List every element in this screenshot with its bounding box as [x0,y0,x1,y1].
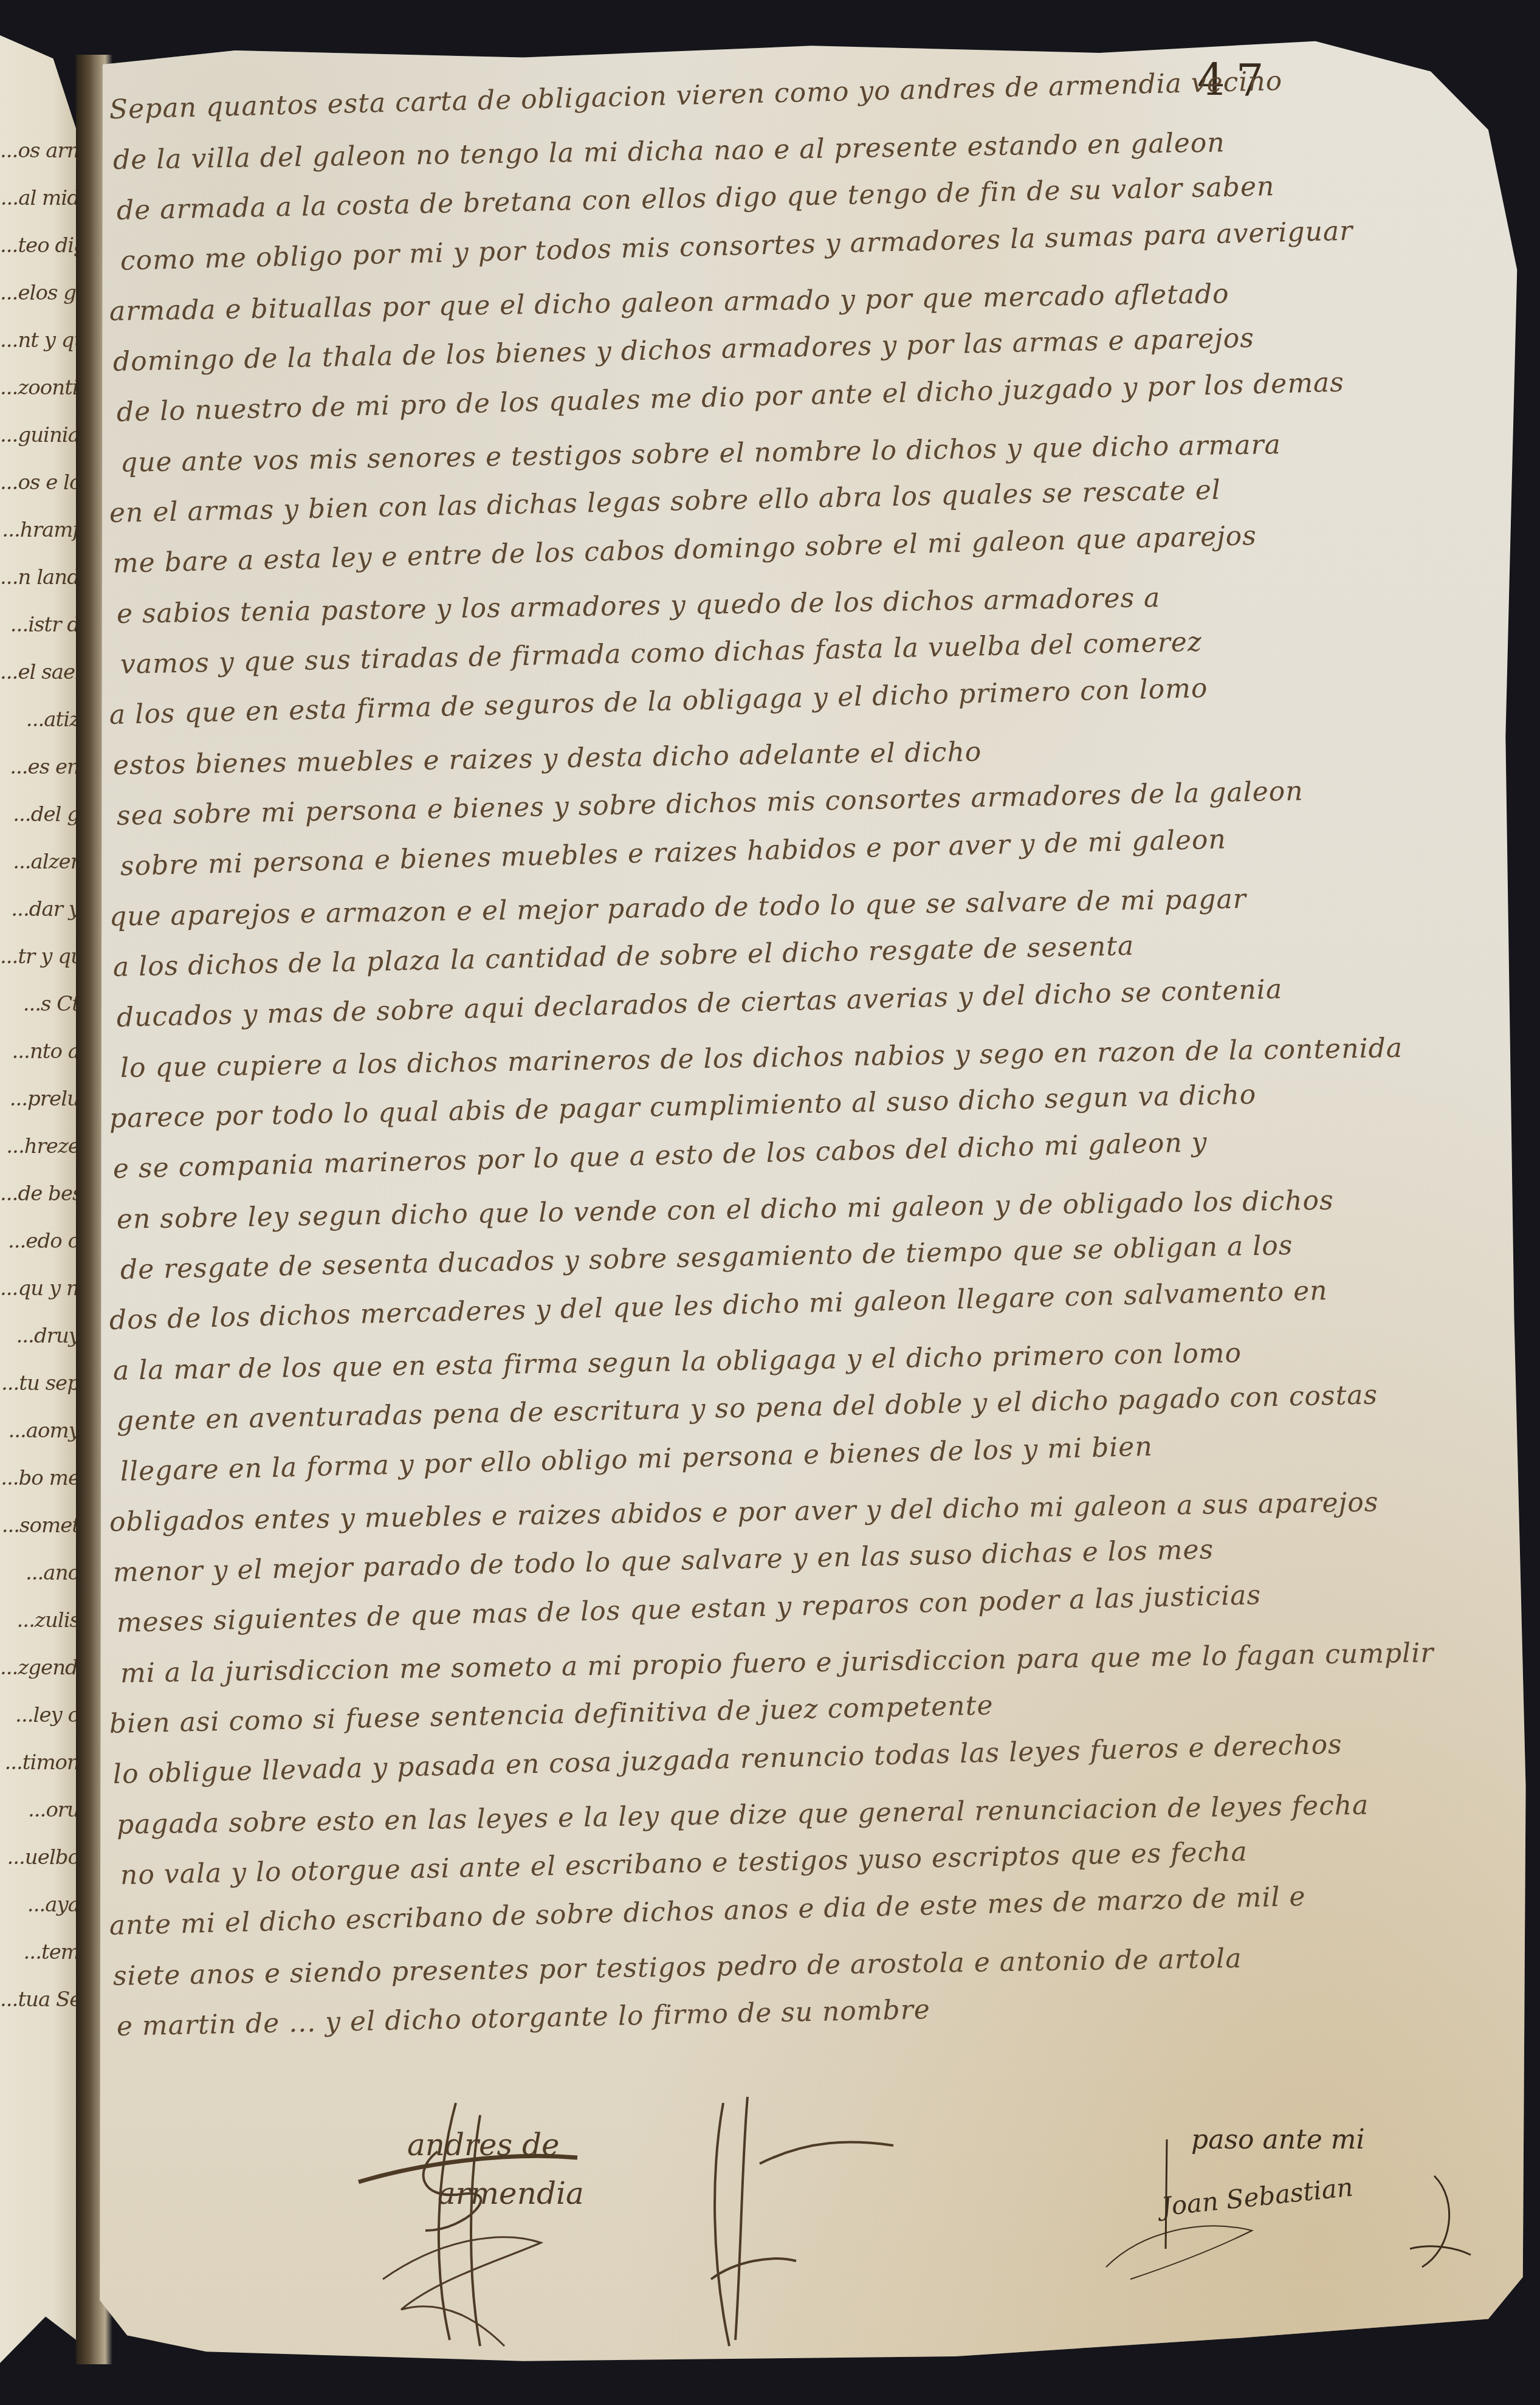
manuscript-text-line: dos de los dichos mercaderes y del que l… [109,1275,1328,1336]
manuscript-text-line: lo obligue llevada y pasada en cosa juzg… [112,1729,1342,1790]
manuscript-text-line: de resgate de sesenta ducados y sobre se… [120,1230,1293,1285]
page-text-area: 47 andres de armendia paso ante mi [91,36,1531,2370]
signature-flourish-icon [346,2079,893,2352]
previous-page-line: ...tu sep [0,1371,76,1395]
manuscript-scan: ...os armen...al mid...teo dig...elos ge… [0,0,1540,2405]
party-signature-rubric [346,2079,893,2355]
manuscript-text-line: sobre mi persona e bienes muebles e raiz… [120,824,1226,882]
manuscript-text-line: estos bienes muebles e raizes y desta di… [113,737,982,781]
previous-page-line: ...os armen [0,139,76,163]
manuscript-text-line: gente en aventuradas pena de escritura y… [116,1380,1378,1437]
manuscript-text-line: a los que en esta firma de seguros de la… [109,673,1208,731]
previous-page-line: ...druy [0,1324,76,1348]
previous-page-line: ...os e los [0,470,76,495]
manuscript-text-line: bien asi como si fuese sentencia definit… [109,1690,993,1739]
manuscript-text-line: parece por todo lo qual abis de pagar cu… [109,1079,1256,1134]
manuscript-text-line: ducados y mas de sobre aqui declarados d… [116,974,1282,1033]
previous-page-line: ...ley o [0,1703,76,1727]
previous-page-line: ...de besp [0,1182,76,1206]
previous-page-line: ...zoontin [0,376,76,400]
manuscript-text-line: me bare a esta ley e entre de los cabos … [112,520,1257,579]
previous-page-line: ...s Ct [0,992,76,1016]
manuscript-text-line: sea sobre mi persona e bienes y sobre di… [116,776,1304,831]
manuscript-text-line: pagada sobre esto en las leyes e la ley … [117,1790,1369,1840]
previous-page-line: ...qu y min [0,1276,76,1301]
manuscript-text-line: armada e bituallas por que el dicho gale… [109,278,1229,327]
manuscript-text-line: de la villa del galeon no tengo la mi di… [113,127,1225,176]
manuscript-text-line: no vala y lo otorgue asi ante el escriba… [120,1836,1248,1891]
manuscript-text-line: vamos y que sus tiradas de firmada como … [120,627,1202,680]
manuscript-text-line: menor y el mejor parado de todo lo que s… [112,1534,1214,1588]
previous-page-line: ...tem [0,1940,76,1964]
previous-page-line: ...ano [0,1561,76,1585]
previous-page-fragment: ...os armen...al mid...teo dig...elos ge… [0,35,76,2363]
previous-page-line: ...al mid [0,186,76,210]
manuscript-text-line: llegare en la forma y por ello obligo mi… [120,1431,1153,1487]
manuscript-text-line: en sobre ley segun dicho que lo vende co… [117,1185,1334,1235]
manuscript-text-line: a la mar de los que en esta firma segun … [113,1338,1242,1386]
manuscript-text-line: en el armas y bien con las dichas legas … [109,475,1221,529]
previous-page-line: ...dar y [0,897,76,921]
manuscript-text-line: que ante vos mis senores e testigos sobr… [120,429,1282,478]
previous-page-line: ...teo dig [0,233,76,258]
previous-page-line: ...oru [0,1798,76,1822]
previous-page-line: ...atiz [0,707,76,732]
previous-page-line: ...somet [0,1513,76,1538]
manuscript-text-line: lo que cupiere a los dichos marineros de… [120,1033,1403,1084]
manuscript-text-line: e se compania marineros por lo que a est… [112,1127,1208,1185]
previous-page-line: ...hreze [0,1134,76,1158]
previous-page-line: ...es en [0,755,76,779]
manuscript-text-line: obligados entes y muebles e raizes abido… [109,1487,1379,1538]
previous-page-line: ...istr d [0,613,76,637]
manuscript-text-line: como me obligo por mi y por todos mis co… [120,215,1353,277]
manuscript-text-line: mi a la jurisdiccion me someto a mi prop… [120,1637,1434,1689]
previous-page-line: ...uelbo [0,1845,76,1870]
previous-page-line: ...edo o [0,1229,76,1253]
notary-signature-rubric [1094,2127,1519,2288]
party-signature-name-line2: armendia [438,2176,584,2211]
manuscript-text-line: e sabios tenia pastore y los armadores y… [117,582,1161,630]
manuscript-text-line: meses siguientes de que mas de los que e… [116,1580,1261,1639]
previous-page-line: ...zulis [0,1608,76,1633]
previous-page-line: ...bo me [0,1466,76,1490]
previous-page-line: ...aya [0,1893,76,1917]
manuscript-text-line: domingo de la thala de los bienes y dich… [112,323,1254,377]
previous-page-line: ...aomy [0,1419,76,1443]
manuscript-text-line: a los dichos de la plaza la cantidad de … [112,931,1134,983]
previous-page-line: ...prelu [0,1087,76,1111]
previous-page-line: ...hramf [0,518,76,542]
previous-page-line: ...alzer [0,850,76,874]
manuscript-text-line: e martin de ... y el dicho otorgante lo … [116,1994,930,2042]
manuscript-text-line: ante mi el dicho escribano de sobre dich… [109,1881,1306,1941]
manuscript-page: 47 andres de armendia paso ante mi [91,36,1531,2370]
manuscript-text-line: de armada a la costa de bretana con ello… [116,171,1274,226]
previous-page-line: ...nto a [0,1039,76,1064]
manuscript-text-line: siete anos e siendo presentes por testig… [113,1943,1242,1992]
previous-page-line: ...tua Sebas [0,1987,76,2012]
previous-page-line: ...nt y qu [0,328,76,353]
manuscript-text-line: de lo nuestro de mi pro de los quales me… [116,367,1344,428]
previous-page-line: ...del g [0,802,76,827]
previous-page-line: ...zgenda [0,1656,76,1680]
manuscript-text-line: Sepan quantos esta carta de obligacion v… [109,66,1282,125]
party-signature-name-line1: andres de [407,2127,560,2162]
previous-page-line: ...guinia [0,423,76,447]
previous-page-line: ...tr y qu [0,944,76,969]
manuscript-text-line: que aparejos e armazon e el mejor parado… [109,884,1247,932]
previous-page-line: ...n land [0,565,76,590]
previous-page-line: ...timon [0,1750,76,1775]
previous-page-line: ...el sael [0,660,76,684]
previous-page-line: ...elos gene [0,281,76,305]
